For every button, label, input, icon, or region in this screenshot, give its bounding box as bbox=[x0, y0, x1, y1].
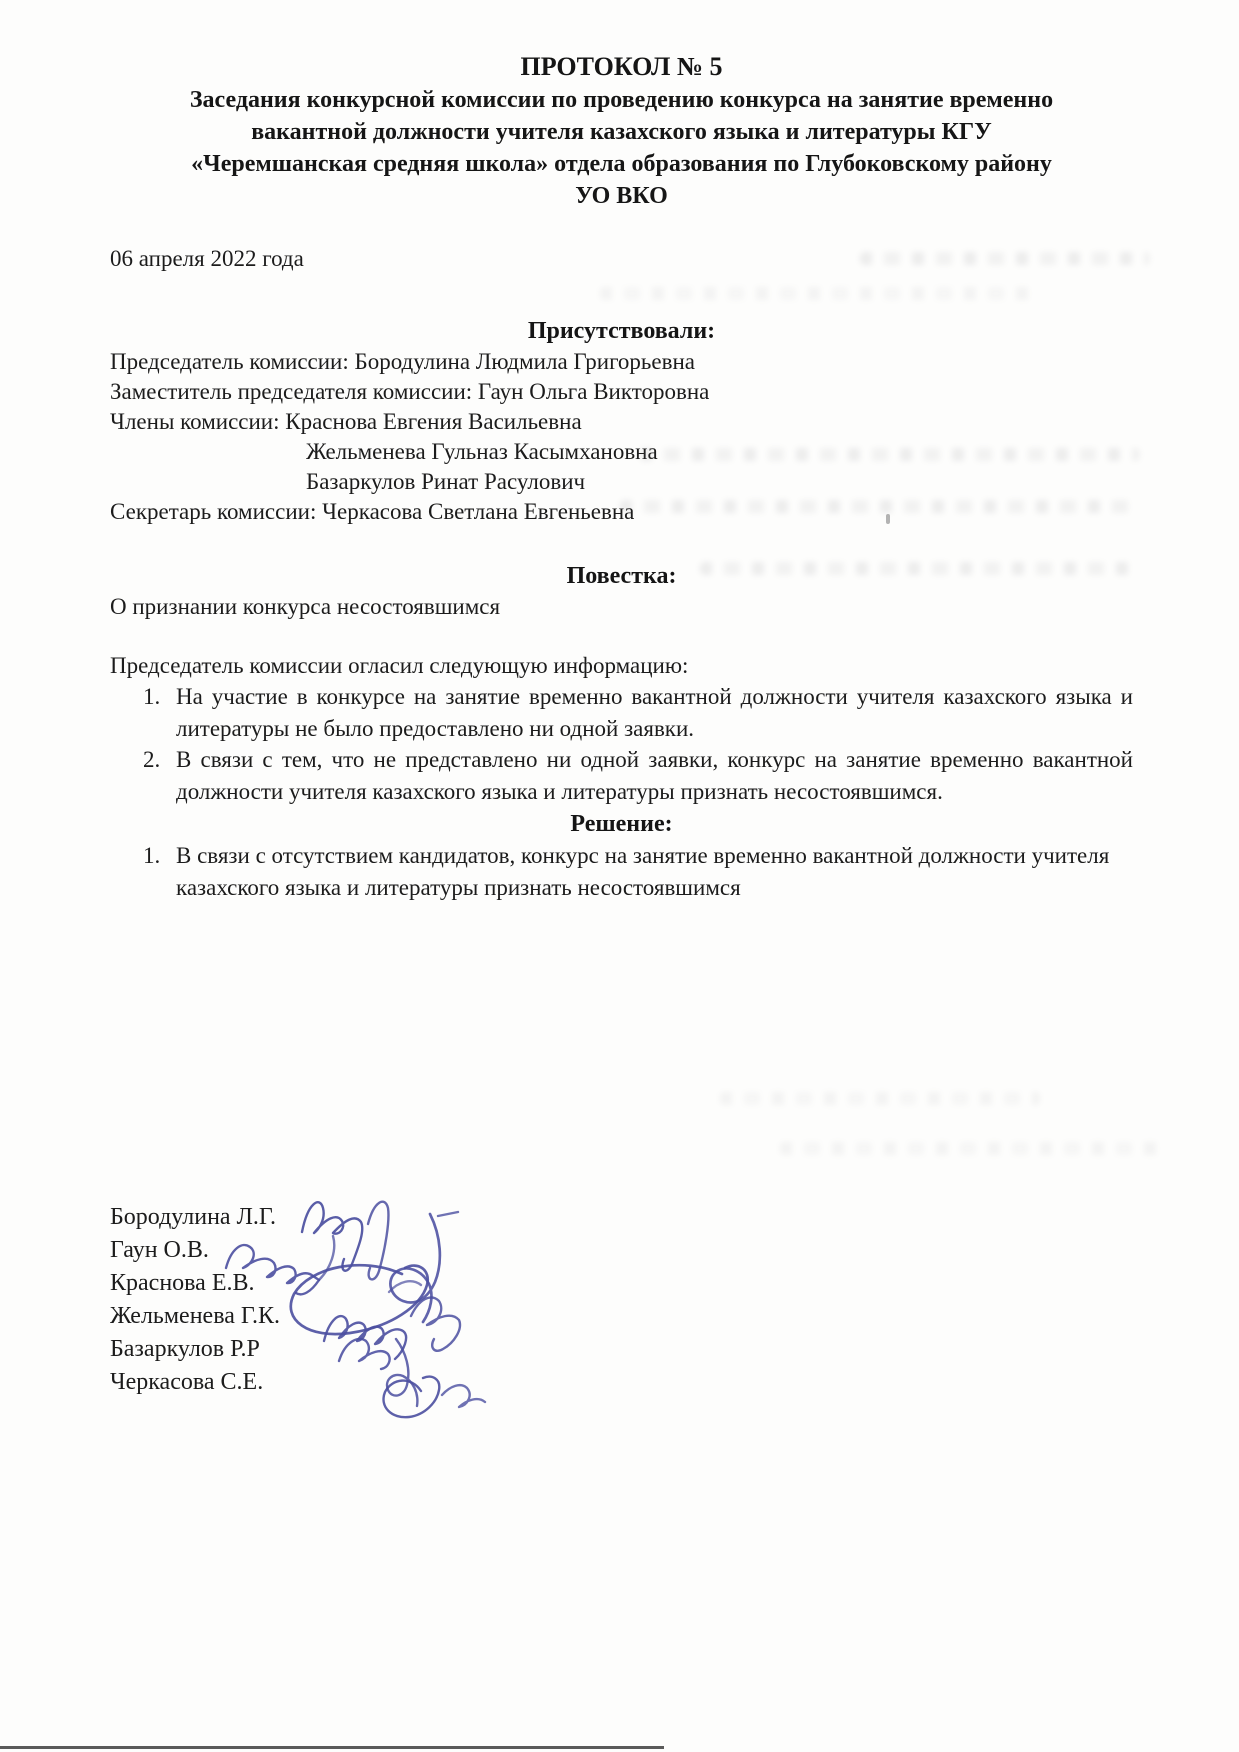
decision-list: 1.В связи с отсутствием кандидатов, конк… bbox=[110, 840, 1133, 903]
subtitle-line: «Черемшанская средняя школа» отдела обра… bbox=[110, 148, 1133, 180]
bleedthrough-artifact bbox=[600, 287, 1030, 300]
bleedthrough-artifact bbox=[860, 252, 1150, 265]
list-number: 1. bbox=[143, 840, 176, 872]
scan-edge-artifact bbox=[0, 1746, 664, 1749]
signature-name: Бородулина Л.Г. bbox=[110, 1201, 1133, 1234]
signature-name: Краснова Е.В. bbox=[110, 1267, 1133, 1300]
info-item: 2.В связи с тем, что не представлено ни … bbox=[110, 744, 1133, 807]
scanned-protocol-page: ПРОТОКОЛ № 5 Заседания конкурсной комисс… bbox=[0, 0, 1239, 1752]
attendee-line-member: Базаркулов Ринат Расулович bbox=[110, 467, 1133, 497]
attendees-heading: Присутствовали: bbox=[110, 316, 1133, 347]
info-item: 1.На участие в конкурсе на занятие време… bbox=[110, 681, 1133, 744]
bleedthrough-artifact bbox=[720, 1092, 1040, 1105]
list-item-text: На участие в конкурсе на занятие временн… bbox=[176, 684, 1133, 741]
signature-name: Гаун О.В. bbox=[110, 1234, 1133, 1267]
list-number: 2. bbox=[143, 744, 176, 776]
info-intro: Председатель комиссии огласил следующую … bbox=[110, 650, 1133, 681]
scan-speck bbox=[886, 514, 890, 524]
bleedthrough-artifact bbox=[780, 1142, 1160, 1155]
signature-block: Бородулина Л.Г. Гаун О.В. Краснова Е.В. … bbox=[110, 1201, 1133, 1399]
attendee-line-member: Члены комиссии: Краснова Евгения Василье… bbox=[110, 407, 1133, 437]
bleedthrough-artifact bbox=[620, 500, 1130, 513]
subtitle-line: Заседания конкурсной комиссии по проведе… bbox=[110, 84, 1133, 116]
document-subtitle: Заседания конкурсной комиссии по проведе… bbox=[110, 84, 1133, 212]
bleedthrough-artifact bbox=[700, 562, 1140, 575]
decision-heading: Решение: bbox=[110, 809, 1133, 840]
document-title: ПРОТОКОЛ № 5 bbox=[110, 0, 1133, 84]
document-content: ПРОТОКОЛ № 5 Заседания конкурсной комисс… bbox=[0, 0, 1239, 1399]
attendee-line-chair: Председатель комиссии: Бородулина Людмил… bbox=[110, 347, 1133, 377]
subtitle-line: УО ВКО bbox=[110, 180, 1133, 212]
list-number: 1. bbox=[143, 681, 176, 713]
signature-name: Базаркулов Р.Р bbox=[110, 1333, 1133, 1366]
decision-item: 1.В связи с отсутствием кандидатов, конк… bbox=[110, 840, 1133, 903]
info-list: 1.На участие в конкурсе на занятие време… bbox=[110, 681, 1133, 807]
signature-name: Жельменева Г.К. bbox=[110, 1300, 1133, 1333]
attendee-line-deputy: Заместитель председателя комиссии: Гаун … bbox=[110, 377, 1133, 407]
signature-name: Черкасова С.Е. bbox=[110, 1366, 1133, 1399]
subtitle-line: вакантной должности учителя казахского я… bbox=[110, 116, 1133, 148]
agenda-text: О признании конкурса несостоявшимся bbox=[110, 592, 1133, 622]
bleedthrough-artifact bbox=[640, 448, 1140, 461]
list-item-text: В связи с тем, что не представлено ни од… bbox=[176, 747, 1133, 804]
list-item-text: В связи с отсутствием кандидатов, конкур… bbox=[176, 843, 1109, 900]
